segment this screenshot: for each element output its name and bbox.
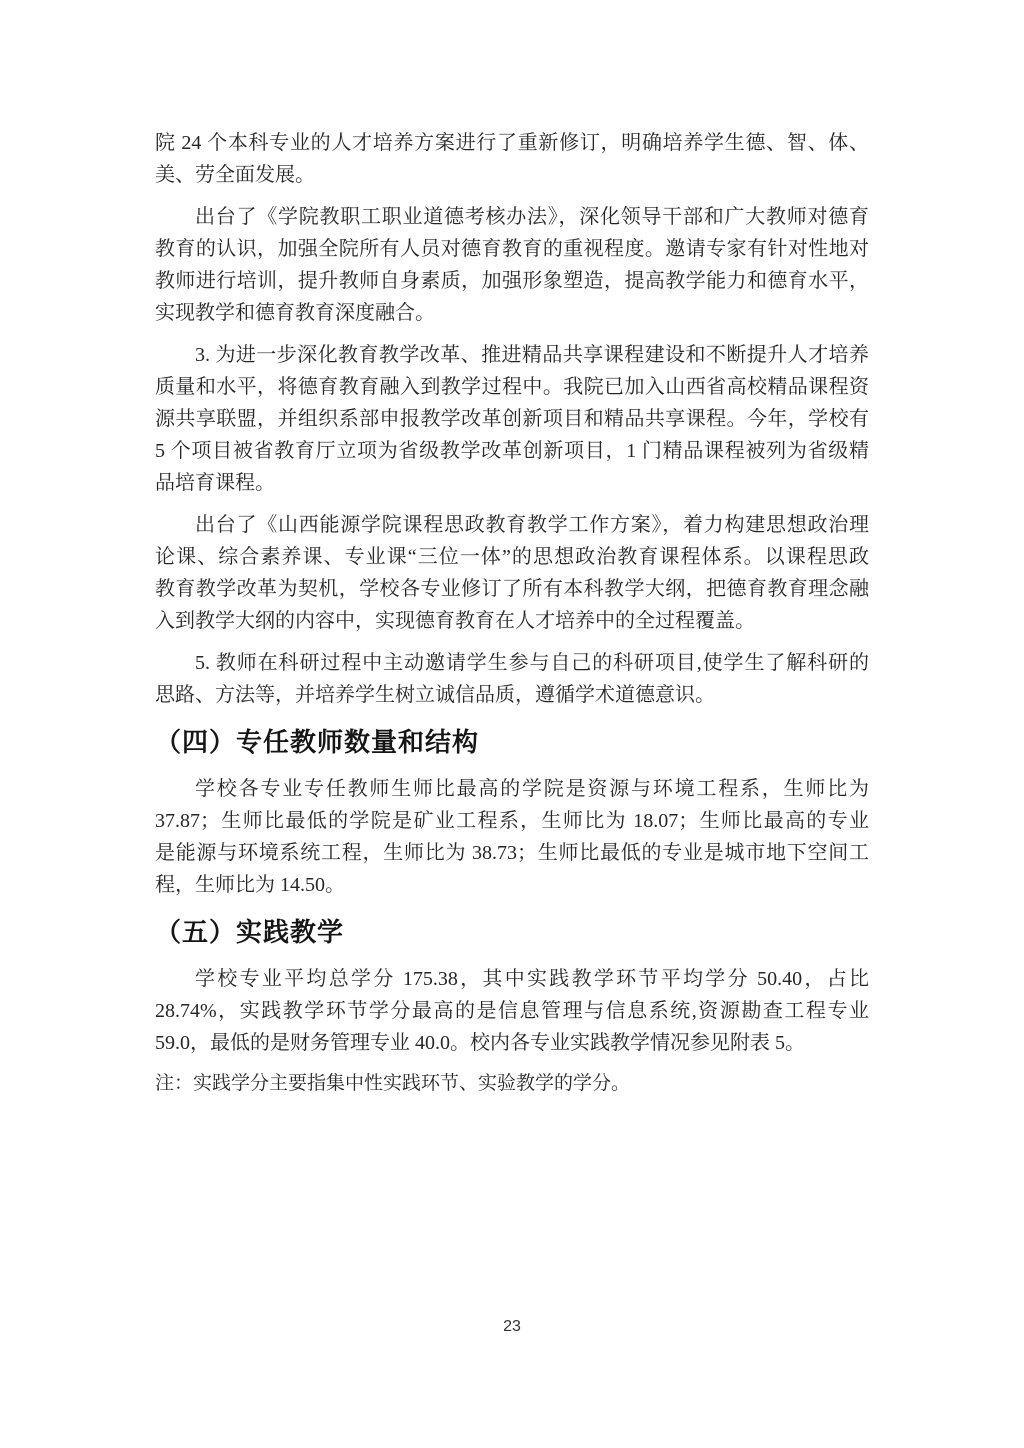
page-number: 23: [0, 1318, 1024, 1336]
text-line: 院 24 个本科专业的人才培养方案进行了重新修订，明确培养学生德、智、体、: [155, 127, 869, 159]
text-line: 教师进行培训，提升教师自身素质，加强形象塑造，提高教学能力和德育水平，: [155, 265, 869, 297]
text-line: 美、劳全面发展。: [155, 159, 869, 191]
document-page: 院 24 个本科专业的人才培养方案进行了重新修订，明确培养学生德、智、体、 美、…: [0, 0, 1024, 1448]
footnote: 注：实践学分主要指集中性实践环节、实验教学的学分。: [155, 1069, 869, 1099]
text-line: 出台了《学院教职工职业道德考核办法》，深化领导干部和广大教师对德育: [155, 201, 869, 233]
page-body: 院 24 个本科专业的人才培养方案进行了重新修订，明确培养学生德、智、体、 美、…: [155, 127, 869, 1099]
text-line: 思路、方法等，并培养学生树立诚信品质，遵循学术道德意识。: [155, 679, 869, 711]
paragraph-continuation: 院 24 个本科专业的人才培养方案进行了重新修订，明确培养学生德、智、体、 美、…: [155, 127, 869, 191]
text-line: 5. 教师在科研过程中主动邀请学生参与自己的科研项目,使学生了解科研的: [155, 647, 869, 679]
text-line: 37.87；生师比最低的学院是矿业工程系，生师比为 18.07；生师比最高的专业: [155, 805, 869, 837]
text-line: 教育的认识，加强全院所有人员对德育教育的重视程度。邀请专家有针对性地对: [155, 233, 869, 265]
text-line: 论课、综合素养课、专业课“三位一体”的思想政治教育课程体系。以课程思政: [155, 541, 869, 573]
text-line: 是能源与环境系统工程，生师比为 38.73；生师比最低的专业是城市地下空间工: [155, 837, 869, 869]
paragraph-item-5-research-integrity: 5. 教师在科研过程中主动邀请学生参与自己的科研项目,使学生了解科研的 思路、方…: [155, 647, 869, 711]
paragraph-practical-credits: 学校专业平均总学分 175.38，其中实践教学环节平均学分 50.40，占比 2…: [155, 963, 869, 1059]
text-line: 源共享联盟，并组织系部申报教学改革创新项目和精品共享课程。今年，学校有: [155, 403, 869, 435]
text-line: 质量和水平，将德育教育融入到教学过程中。我院已加入山西省高校精品课程资: [155, 371, 869, 403]
text-line: 28.74%，实践教学环节学分最高的是信息管理与信息系统,资源勘查工程专业: [155, 995, 869, 1027]
text-line: 5 个项目被省教育厅立项为省级教学改革创新项目，1 门精品课程被列为省级精: [155, 435, 869, 467]
section-heading-five-practical-teaching: （五）实践教学: [155, 913, 869, 951]
text-line: 实现教学和德育教育深度融合。: [155, 297, 869, 329]
text-line: 学校专业平均总学分 175.38，其中实践教学环节平均学分 50.40，占比: [155, 963, 869, 995]
paragraph-student-teacher-ratio: 学校各专业专任教师生师比最高的学院是资源与环境工程系，生师比为 37.87；生师…: [155, 773, 869, 901]
text-line: 程，生师比为 14.50。: [155, 869, 869, 901]
text-line: 入到教学大纲的内容中，实现德育教育在人才培养中的全过程覆盖。: [155, 605, 869, 637]
text-line: 出台了《山西能源学院课程思政教育教学工作方案》，着力构建思想政治理: [155, 509, 869, 541]
text-line: 品培育课程。: [155, 467, 869, 499]
paragraph-curriculum-ideology-plan: 出台了《山西能源学院课程思政教育教学工作方案》，着力构建思想政治理 论课、综合素…: [155, 509, 869, 637]
text-line: 学校各专业专任教师生师比最高的学院是资源与环境工程系，生师比为: [155, 773, 869, 805]
text-line: 教育教学改革为契机，学校各专业修订了所有本科教学大纲，把德育教育理念融: [155, 573, 869, 605]
text-line: 59.0，最低的是财务管理专业 40.0。校内各专业实践教学情况参见附表 5。: [155, 1027, 869, 1059]
section-heading-four-teacher-structure: （四）专任教师数量和结构: [155, 723, 869, 761]
text-line: 3. 为进一步深化教育教学改革、推进精品共享课程建设和不断提升人才培养: [155, 339, 869, 371]
paragraph-item-3-teaching-reform: 3. 为进一步深化教育教学改革、推进精品共享课程建设和不断提升人才培养 质量和水…: [155, 339, 869, 499]
paragraph-ethics-measures: 出台了《学院教职工职业道德考核办法》，深化领导干部和广大教师对德育 教育的认识，…: [155, 201, 869, 329]
